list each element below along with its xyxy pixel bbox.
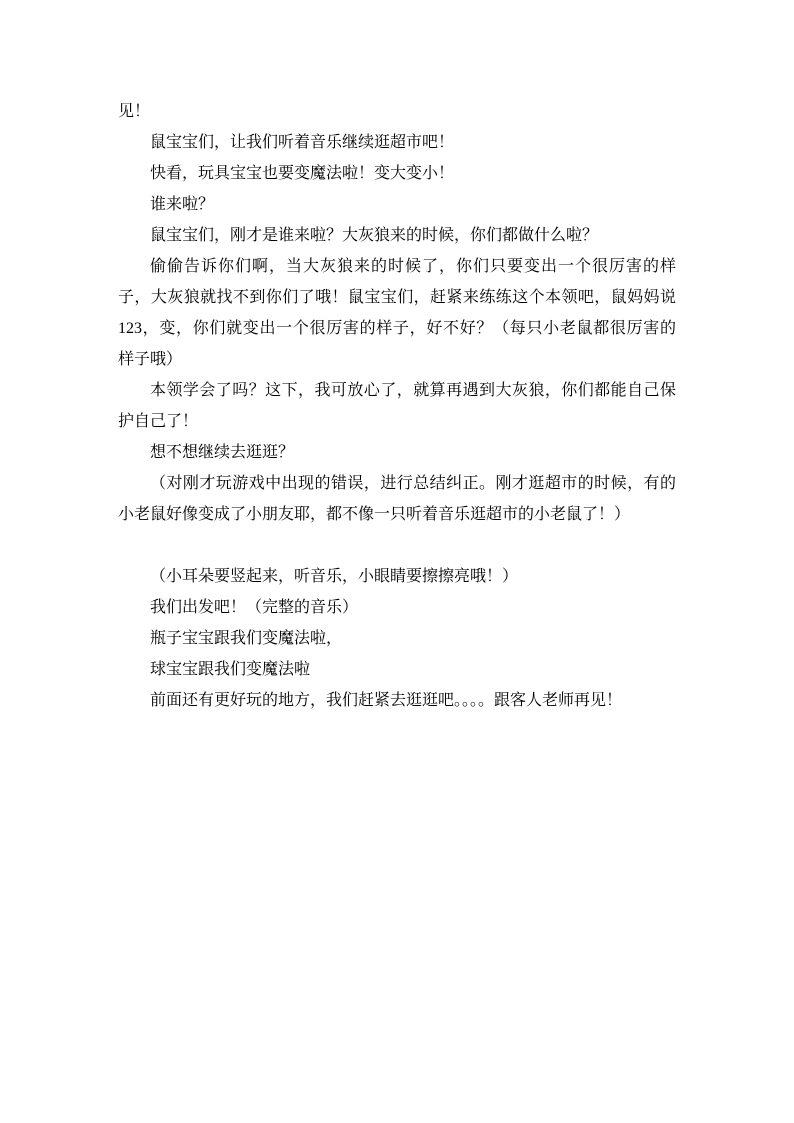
paragraph: 快看，玩具宝宝也要变魔法啦！变大变小！ <box>118 158 676 189</box>
paragraph: 本领学会了吗？这下，我可放心了，就算再遇到大灰狼，你们都能自己保护自己了！ <box>118 375 676 437</box>
text-line: （小耳朵要竖起来，听音乐，小眼睛要擦擦亮哦！） <box>118 561 676 592</box>
text-line: 想不想继续去逛逛？ <box>118 437 676 468</box>
paragraph: 谁来啦？ <box>118 189 676 220</box>
text-line: 瓶子宝宝跟我们变魔法啦， <box>118 623 676 654</box>
text-line: 球宝宝跟我们变魔法啦 <box>118 654 676 685</box>
blank-line <box>118 530 676 561</box>
paragraph: 鼠宝宝们，刚才是谁来啦？大灰狼来的时候，你们都做什么啦？ <box>118 220 676 251</box>
text-line: 本领学会了吗？这下，我可放心了，就算再遇到大灰狼，你们都能自己保 <box>118 375 676 406</box>
paragraph: （对刚才玩游戏中出现的错误，进行总结纠正。刚才逛超市的时候，有的小老鼠好像变成了… <box>118 468 676 530</box>
paragraph <box>118 530 676 561</box>
text-line: 护自己了！ <box>118 406 676 437</box>
text-line: 谁来啦？ <box>118 189 676 220</box>
paragraph: 想不想继续去逛逛？ <box>118 437 676 468</box>
text-line: 子，大灰狼就找不到你们了哦！鼠宝宝们，赶紧来练练这个本领吧，鼠妈妈说 <box>118 282 676 313</box>
paragraph: 我们出发吧！（完整的音乐） <box>118 592 676 623</box>
text-line: 快看，玩具宝宝也要变魔法啦！变大变小！ <box>118 158 676 189</box>
paragraph: 前面还有更好玩的地方，我们赶紧去逛逛吧。。。。跟客人老师再见！ <box>118 685 676 716</box>
text-line: 我们出发吧！（完整的音乐） <box>118 592 676 623</box>
paragraph: 球宝宝跟我们变魔法啦 <box>118 654 676 685</box>
document-page: 见！鼠宝宝们，让我们听着音乐继续逛超市吧！快看，玩具宝宝也要变魔法啦！变大变小！… <box>0 0 794 1123</box>
text-line: 123，变，你们就变出一个很厉害的样子，好不好？（每只小老鼠都很厉害的 <box>118 313 676 344</box>
text-line: 偷偷告诉你们啊，当大灰狼来的时候了，你们只要变出一个很厉害的样 <box>118 251 676 282</box>
text-line: 小老鼠好像变成了小朋友耶，都不像一只听着音乐逛超市的小老鼠了！） <box>118 499 676 530</box>
document-text: 见！鼠宝宝们，让我们听着音乐继续逛超市吧！快看，玩具宝宝也要变魔法啦！变大变小！… <box>118 96 676 716</box>
text-line: 鼠宝宝们，刚才是谁来啦？大灰狼来的时候，你们都做什么啦？ <box>118 220 676 251</box>
text-line: （对刚才玩游戏中出现的错误，进行总结纠正。刚才逛超市的时候，有的 <box>118 468 676 499</box>
text-line: 见！ <box>118 96 676 127</box>
paragraph: 鼠宝宝们，让我们听着音乐继续逛超市吧！ <box>118 127 676 158</box>
text-line: 鼠宝宝们，让我们听着音乐继续逛超市吧！ <box>118 127 676 158</box>
text-line: 样子哦） <box>118 344 676 375</box>
paragraph: （小耳朵要竖起来，听音乐，小眼睛要擦擦亮哦！） <box>118 561 676 592</box>
paragraph: 偷偷告诉你们啊，当大灰狼来的时候了，你们只要变出一个很厉害的样子，大灰狼就找不到… <box>118 251 676 375</box>
text-line: 前面还有更好玩的地方，我们赶紧去逛逛吧。。。。跟客人老师再见！ <box>118 685 676 716</box>
paragraph: 瓶子宝宝跟我们变魔法啦， <box>118 623 676 654</box>
paragraph: 见！ <box>118 96 676 127</box>
